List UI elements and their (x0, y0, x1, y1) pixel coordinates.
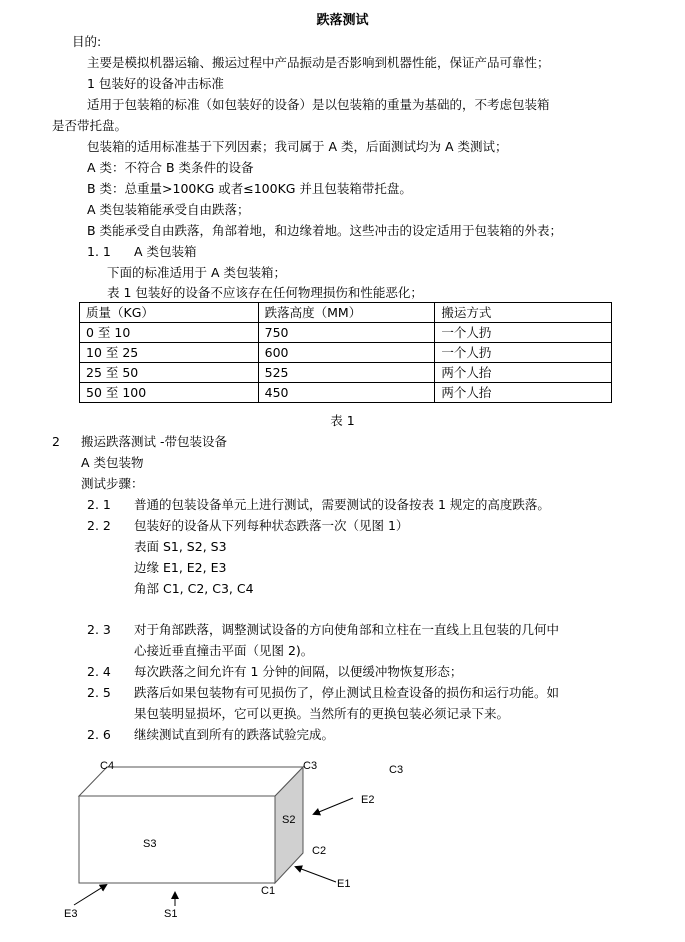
class-a-definition: A 类：不符合 B 类条件的设备 (87, 158, 254, 178)
class-b-definition: B 类：总重量>100KG 或者≤100KG 并且包装箱带托盘。 (87, 179, 412, 199)
purpose-heading: 目的: (72, 32, 101, 52)
cell-weight: 10 至 25 (80, 343, 259, 363)
cell-weight: 25 至 50 (80, 363, 259, 383)
cell-drop-height: 525 (258, 363, 435, 383)
step-number: 2. 1 (87, 495, 111, 515)
class-b-capability: B 类能承受自由跌落，角部着地，和边缘着地。这些冲击的设定适用于包装箱的外表； (87, 221, 562, 241)
table-row: 25 至 50 525 两个人抬 (80, 363, 612, 383)
cell-handling: 一个人扔 (435, 323, 612, 343)
section1-heading: 1 包装好的设备冲击标准 (87, 74, 224, 94)
header-drop-height: 跌落高度（MM） (258, 303, 435, 323)
section1-para2: 包装箱的适用标准基于下列因素；我司属于 A 类，后面测试均为 A 类测试； (87, 137, 508, 157)
header-weight: 质量（KG） (80, 303, 259, 323)
label-c1: C1 (261, 885, 275, 897)
cell-drop-height: 750 (258, 323, 435, 343)
label-s2: S2 (282, 814, 295, 826)
subsection-1-1-text: 下面的标准适用于 A 类包装箱； (107, 263, 286, 283)
header-handling: 搬运方式 (435, 303, 612, 323)
section2-class-label: A 类包装物 (81, 453, 144, 473)
cell-drop-height: 450 (258, 383, 435, 403)
table-caption: 表 1 (0, 411, 685, 431)
step-text-corners: 角部 C1, C2, C3, C4 (134, 579, 254, 599)
label-s3: S3 (143, 838, 156, 850)
front-face-s3 (79, 796, 275, 883)
table-row: 0 至 10 750 一个人扔 (80, 323, 612, 343)
label-e2: E2 (361, 794, 374, 806)
arrow-e2-icon (314, 798, 353, 814)
drop-orientation-figure: C4 C3 C3 E2 S2 S3 C2 E1 C1 E3 S1 (0, 750, 685, 942)
label-s1: S1 (164, 908, 177, 920)
document-title: 跌落测试 (0, 11, 685, 31)
step-text: 普通的包装设备单元上进行测试，需要测试的设备按表 1 规定的高度跌落。 (134, 495, 550, 515)
step-number: 2. 6 (87, 725, 111, 745)
table-row: 10 至 25 600 一个人扔 (80, 343, 612, 363)
label-c3-stray: C3 (389, 764, 403, 776)
step-text: 心接近垂直撞击平面（见图 2)。 (134, 641, 313, 661)
step-text: 继续测试直到所有的跌落试验完成。 (134, 725, 334, 745)
step-number: 2. 2 (87, 516, 111, 536)
step-text: 每次跌落之间允许有 1 分钟的间隔，以便缓冲物恢复形态； (134, 662, 462, 682)
cell-weight: 0 至 10 (80, 323, 259, 343)
section1-para1-line2: 是否带托盘。 (52, 116, 127, 136)
label-c2: C2 (312, 845, 326, 857)
section1-para1-line1: 适用于包装箱的标准（如包装好的设备）是以包装箱的重量为基础的，不考虑包装箱 (87, 95, 550, 115)
step-number: 2. 4 (87, 662, 111, 682)
drop-height-table: 质量（KG） 跌落高度（MM） 搬运方式 0 至 10 750 一个人扔 10 … (79, 302, 612, 403)
step-text-edges: 边缘 E1, E2, E3 (134, 558, 226, 578)
step-number: 2. 3 (87, 620, 111, 640)
step-text: 对于角部跌落，调整测试设备的方向使角部和立柱在一直线上且包装的几何中 (134, 620, 559, 640)
subsection-1-1-title: A 类包装箱 (134, 242, 197, 262)
cell-handling: 一个人扔 (435, 343, 612, 363)
step-text-surfaces: 表面 S1, S2, S3 (134, 537, 227, 557)
table-row: 50 至 100 450 两个人抬 (80, 383, 612, 403)
step-text: 果包装明显损坏，它可以更换。当然所有的更换包装必须记录下来。 (134, 704, 509, 724)
cell-handling: 两个人抬 (435, 383, 612, 403)
section2-title: 搬运跌落测试 -带包装设备 (81, 432, 227, 452)
label-e1: E1 (337, 878, 350, 890)
cell-drop-height: 600 (258, 343, 435, 363)
label-c3: C3 (303, 760, 317, 772)
arrow-e1-icon (296, 867, 336, 882)
step-number: 2. 5 (87, 683, 111, 703)
subsection-1-1-number: 1. 1 (87, 242, 111, 262)
table-header-row: 质量（KG） 跌落高度（MM） 搬运方式 (80, 303, 612, 323)
label-c4: C4 (100, 760, 114, 772)
section2-number: 2 (52, 432, 60, 452)
cell-handling: 两个人抬 (435, 363, 612, 383)
table-intro: 表 1 包装好的设备不应该存在任何物理损伤和性能恶化； (107, 283, 423, 303)
arrow-e3-icon (74, 885, 106, 905)
step-text: 包装好的设备从下列每种状态跌落一次（见图 1） (134, 516, 408, 536)
class-a-capability: A 类包装箱能承受自由跌落； (87, 200, 250, 220)
steps-label: 测试步骤： (81, 474, 144, 494)
label-e3: E3 (64, 908, 77, 920)
purpose-text: 主要是模拟机器运输、搬运过程中产品振动是否影响到机器性能，保证产品可靠性； (87, 53, 550, 73)
step-text: 跌落后如果包装物有可见损伤了，停止测试且检查设备的损伤和运行功能。如 (134, 683, 559, 703)
cell-weight: 50 至 100 (80, 383, 259, 403)
